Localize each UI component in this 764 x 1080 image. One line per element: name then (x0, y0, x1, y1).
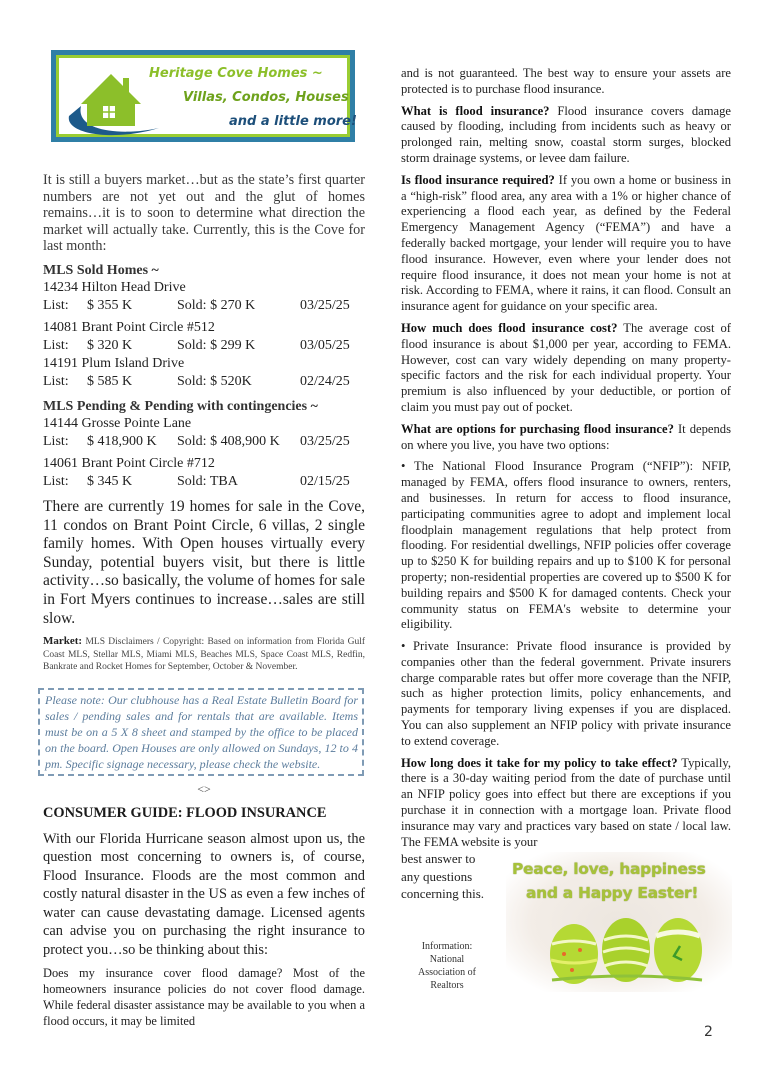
logo-line-2: Villas, Condos, Houses (183, 90, 349, 105)
easter-greeting-image: Peace, love, happiness and a Happy Easte… (506, 852, 732, 992)
left-column: Heritage Cove Homes ~ Villas, Condos, Ho… (43, 50, 365, 1029)
private-option: • Private Insurance: Private flood insur… (401, 639, 731, 750)
right-column: and is not guaranteed. The best way to e… (401, 66, 731, 1000)
easter-line-2: and a Happy Easter! (526, 884, 698, 902)
property-address: 14191 Plum Island Drive (43, 355, 365, 373)
bulletin-board-note: Please note: Our clubhouse has a Real Es… (38, 688, 364, 776)
list-price: $ 345 K (87, 473, 177, 491)
market-intro: It is still a buyers market…but as the s… (43, 172, 365, 255)
house-logo-icon (63, 64, 163, 142)
sale-date: 02/15/25 (300, 473, 365, 491)
list-item: 14061 Brant Point Circle #712 List: $ 34… (43, 455, 365, 491)
best-answer-text: best answer to any questions concerning … (401, 850, 493, 903)
list-label: List: (43, 433, 87, 451)
page-number: 2 (704, 1024, 713, 1040)
property-address: 14081 Brant Point Circle #512 (43, 319, 365, 337)
coverage-question: Does my insurance cover flood damage? Mo… (43, 966, 365, 1029)
sale-date: 03/25/25 (300, 433, 365, 451)
pending-heading: MLS Pending & Pending with contingencies… (43, 399, 365, 415)
sold-heading: MLS Sold Homes ~ (43, 263, 365, 279)
qa-options: What are options for purchasing flood in… (401, 422, 731, 454)
list-label: List: (43, 337, 87, 355)
homes-for-sale-summary: There are currently 19 homes for sale in… (43, 498, 365, 628)
qa-required: Is flood insurance required? If you own … (401, 173, 731, 315)
question: Is flood insurance required? (401, 173, 555, 187)
easter-eggs-icon (546, 914, 706, 986)
nfip-option: • The National Flood Insurance Program (… (401, 459, 731, 633)
market-disclaimer: Market: MLS Disclaimers / Copyright: Bas… (43, 635, 365, 674)
section-separator: <> (43, 782, 365, 797)
list-label: List: (43, 473, 87, 491)
property-row: List: $ 585 K Sold: $ 520K 02/24/25 (43, 373, 365, 391)
consumer-guide-title: CONSUMER GUIDE: FLOOD INSURANCE (43, 805, 365, 822)
list-item: 14234 Hilton Head Drive List: $ 355 K So… (43, 279, 365, 315)
list-price: $ 320 K (87, 337, 177, 355)
market-text: MLS Disclaimers / Copyright: Based on in… (43, 637, 365, 672)
market-label: Market: (43, 635, 82, 647)
property-row: List: $ 355 K Sold: $ 270 K 03/25/25 (43, 297, 365, 315)
property-address: 14144 Grosse Pointe Lane (43, 415, 365, 433)
list-price: $ 585 K (87, 373, 177, 391)
property-row: List: $ 418,900 K Sold: $ 408,900 K 03/2… (43, 433, 365, 451)
list-item: 14191 Plum Island Drive List: $ 585 K So… (43, 355, 365, 391)
list-label: List: (43, 297, 87, 315)
consumer-guide-intro: With our Florida Hurricane season almost… (43, 830, 365, 960)
sale-date: 03/25/25 (300, 297, 365, 315)
sale-date: 02/24/25 (300, 373, 365, 391)
question: How long does it take for my policy to t… (401, 756, 678, 770)
property-address: 14234 Hilton Head Drive (43, 279, 365, 297)
list-price: $ 355 K (87, 297, 177, 315)
sold-price: Sold: $ 299 K (177, 337, 300, 355)
question: What is flood insurance? (401, 104, 549, 118)
qa-what-is: What is flood insurance? Flood insurance… (401, 104, 731, 167)
sale-date: 03/05/25 (300, 337, 365, 355)
question: What are options for purchasing flood in… (401, 422, 674, 436)
sold-price: Sold: TBA (177, 473, 300, 491)
list-item: 14144 Grosse Pointe Lane List: $ 418,900… (43, 415, 365, 451)
bottom-row: best answer to any questions concerning … (401, 850, 731, 1000)
heritage-cove-logo: Heritage Cove Homes ~ Villas, Condos, Ho… (51, 50, 355, 142)
answer: If you own a home or business in a “high… (401, 173, 731, 313)
sold-price: Sold: $ 520K (177, 373, 300, 391)
sold-price: Sold: $ 408,900 K (177, 433, 300, 451)
source-credit: Information: National Association of Rea… (407, 940, 487, 992)
logo-line-3: and a little more! (229, 114, 357, 129)
logo-line-1: Heritage Cove Homes ~ (149, 66, 323, 81)
list-item: 14081 Brant Point Circle #512 List: $ 32… (43, 319, 365, 355)
sold-list: 14234 Hilton Head Drive List: $ 355 K So… (43, 279, 365, 391)
sold-price: Sold: $ 270 K (177, 297, 300, 315)
list-price: $ 418,900 K (87, 433, 177, 451)
qa-how-long: How long does it take for my policy to t… (401, 756, 731, 851)
property-row: List: $ 320 K Sold: $ 299 K 03/05/25 (43, 337, 365, 355)
list-label: List: (43, 373, 87, 391)
question: How much does flood insurance cost? (401, 321, 617, 335)
property-row: List: $ 345 K Sold: TBA 02/15/25 (43, 473, 365, 491)
easter-line-1: Peace, love, happiness (512, 860, 706, 878)
property-address: 14061 Brant Point Circle #712 (43, 455, 365, 473)
qa-cost: How much does flood insurance cost? The … (401, 321, 731, 416)
pending-list: 14144 Grosse Pointe Lane List: $ 418,900… (43, 415, 365, 491)
continued-text: and is not guaranteed. The best way to e… (401, 66, 731, 98)
